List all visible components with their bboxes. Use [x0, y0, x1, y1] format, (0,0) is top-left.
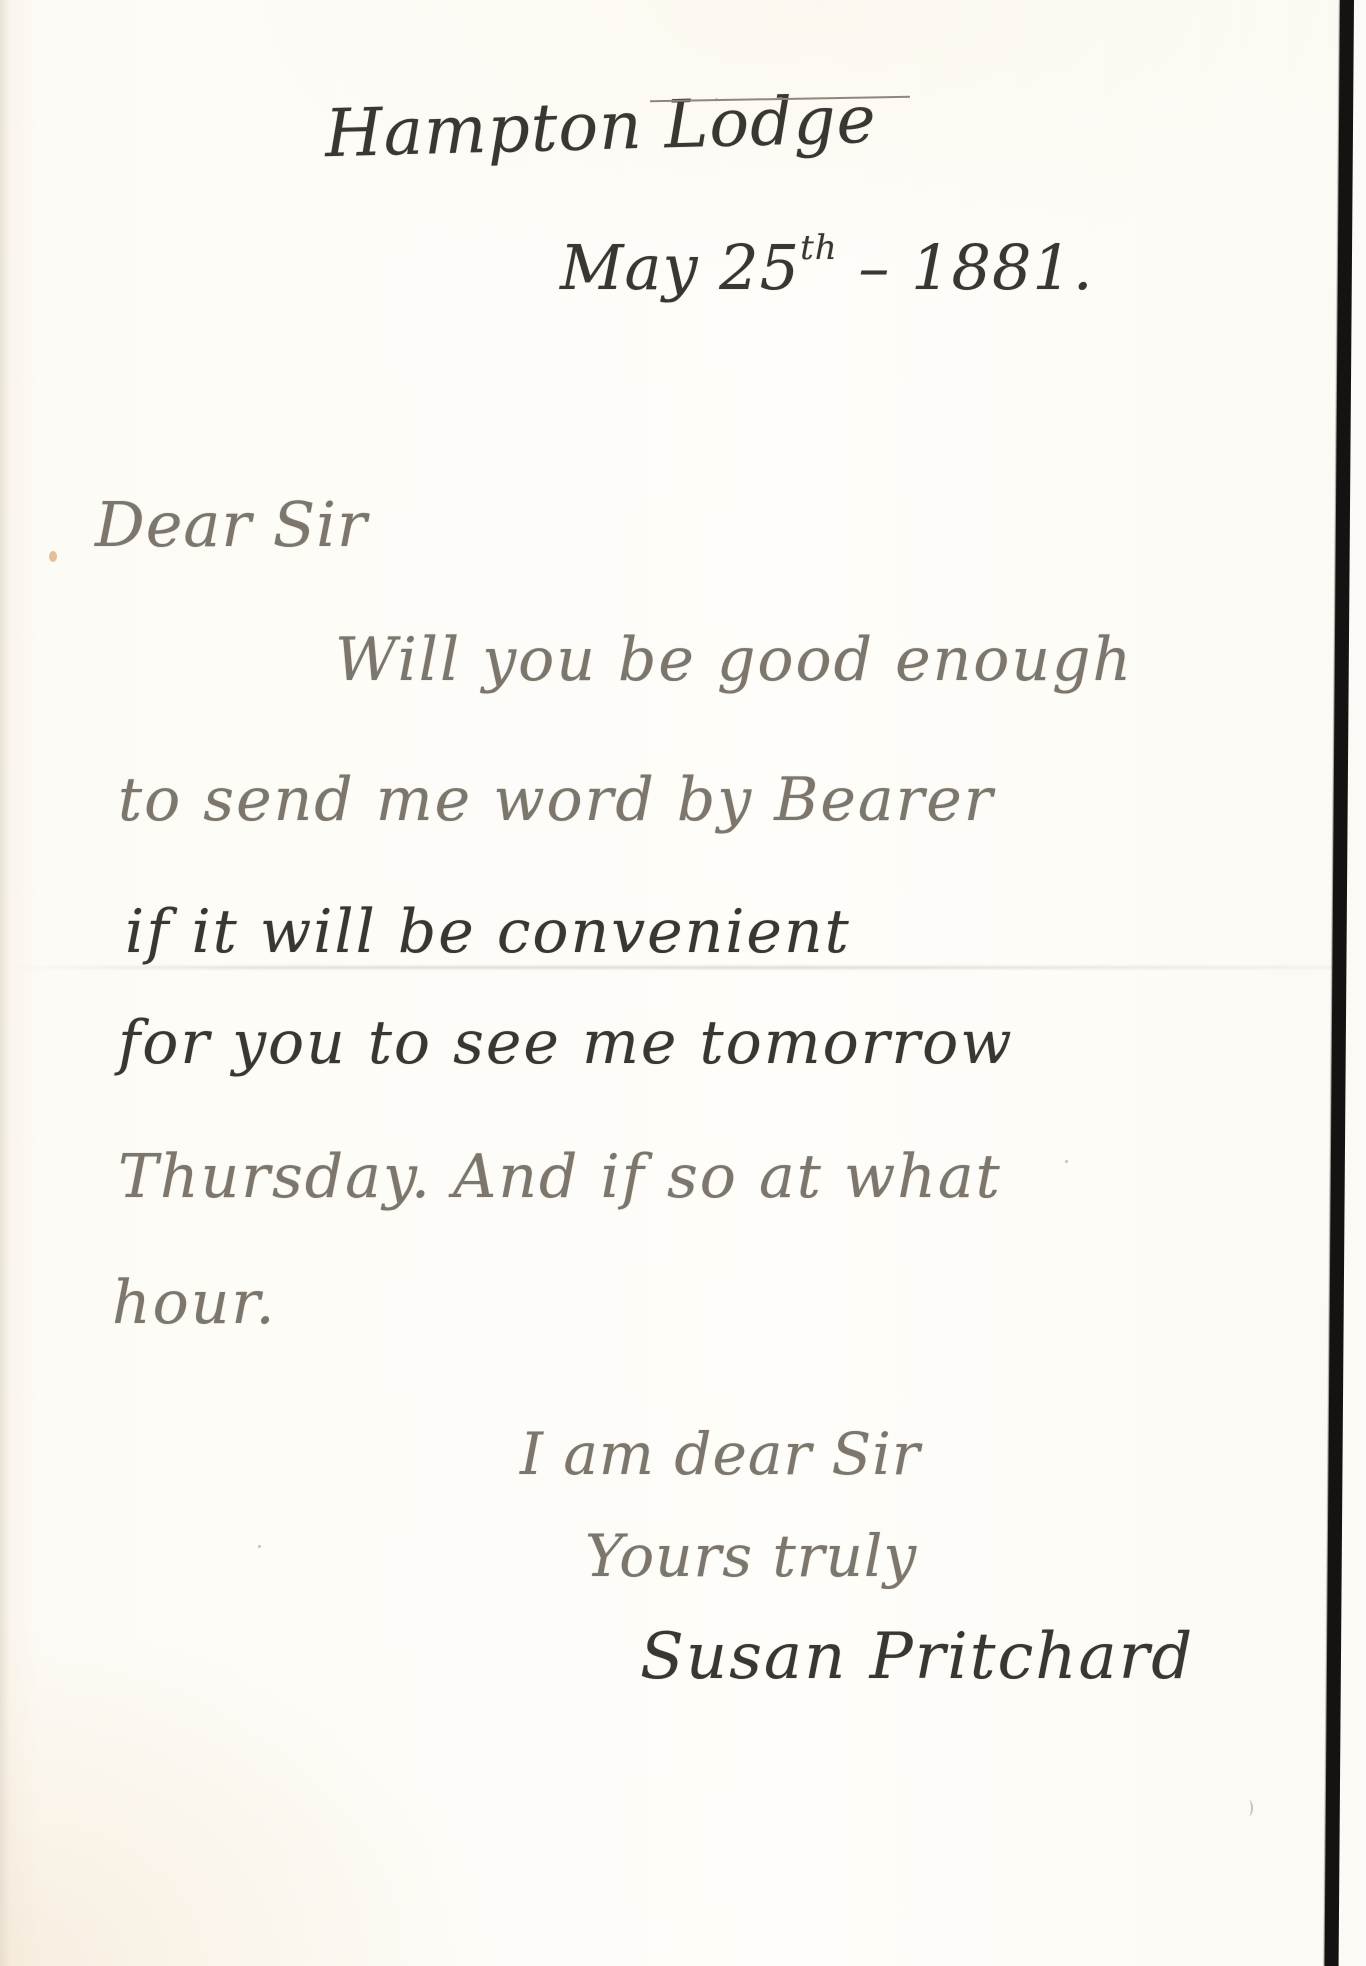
letter-body-line: for you to see me tomorrow	[118, 1008, 1014, 1078]
letter-salutation: Dear Sir	[95, 488, 368, 561]
letter-closing-line: I am dear Sir	[520, 1420, 921, 1488]
letter-body-line: Will you be good enough	[335, 625, 1133, 695]
paper-pencil-mark	[1245, 1800, 1253, 1816]
letter-body-line: to send me word by Bearer	[118, 765, 994, 835]
paper-left-edge-shadow	[0, 0, 10, 1966]
date-ordinal: th	[800, 228, 838, 268]
date-year: 1881.	[911, 231, 1094, 304]
paper-stain-spot	[49, 551, 57, 562]
letter-closing-line: Yours truly	[585, 1522, 917, 1590]
scan-right-margin	[1354, 0, 1366, 1966]
paper-speck	[1065, 1160, 1068, 1163]
date-month-day: May 25	[560, 231, 800, 304]
paper-speck	[258, 1545, 261, 1548]
letter-address-heading: Hampton Lodge	[324, 81, 877, 172]
letter-signature: Susan Pritchard	[640, 1620, 1194, 1694]
letter-date: May 25th – 1881.	[560, 228, 1094, 304]
letter-body-line: hour.	[112, 1268, 277, 1338]
letter-body-line: Thursday. And if so at what	[118, 1142, 1002, 1212]
letter-body-line: if it will be convenient	[125, 897, 851, 967]
date-separator: –	[838, 231, 911, 304]
